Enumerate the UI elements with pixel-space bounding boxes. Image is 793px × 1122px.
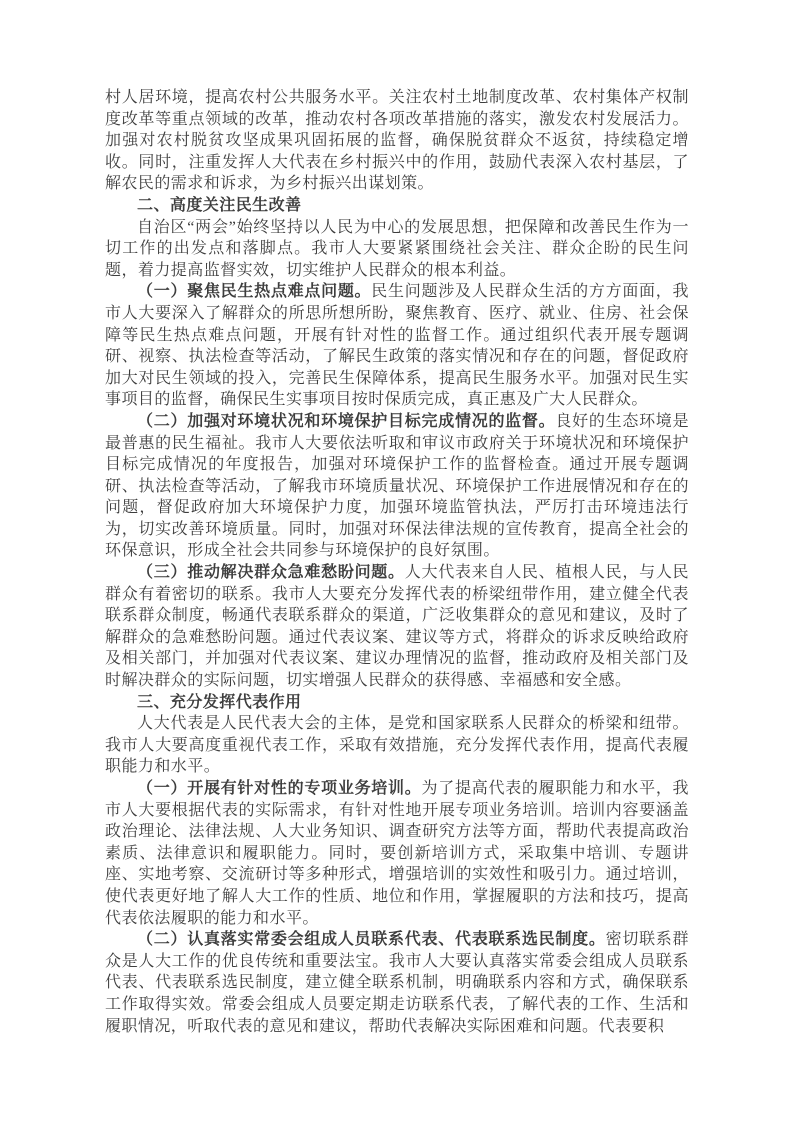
paragraph-livelihood-intro: 自治区“两会”始终坚持以人民为中心的发展思想，把保障和改善民生作为一切工作的出发…	[105, 217, 689, 282]
paragraph-lead: （二）认真落实常委会组成人员联系代表、代表联系选民制度。	[137, 931, 606, 948]
paragraph-environment-supervision: （二）加强对环境状况和环境保护目标完成情况的监督。良好的生态环境是最普惠的民生福…	[105, 411, 689, 562]
paragraph-deputies-intro: 人大代表是人民代表大会的主体，是党和国家联系人民群众的桥梁和纽带。我市人大要高度…	[105, 713, 689, 778]
paragraph-rural-continuation: 村人居环境，提高农村公共服务水平。关注农村土地制度改革、农村集体产权制度改革等重…	[105, 87, 689, 195]
paragraph-urgent-problems: （三）推动解决群众急难愁盼问题。人大代表来自人民、植根人民，与人民群众有着密切的…	[105, 562, 689, 692]
paragraph-livelihood-focus: （一）聚焦民生热点难点问题。民生问题涉及人民群众生活的方方面面，我市人大要深入了…	[105, 281, 689, 411]
paragraph-text: 民生问题涉及人民群众生活的方方面面，我市人大要深入了解群众的所思所想所盼，聚焦教…	[105, 283, 689, 408]
paragraph-lead: （一）聚焦民生热点难点问题。	[137, 283, 371, 300]
paragraph-training: （一）开展有针对性的专项业务培训。为了提高代表的履职能力和水平，我市人大要根据代…	[105, 778, 689, 929]
section-heading-2: 二、高度关注民生改善	[105, 195, 689, 217]
paragraph-text: 村人居环境，提高农村公共服务水平。关注农村土地制度改革、农村集体产权制度改革等重…	[105, 89, 689, 192]
document-page: 村人居环境，提高农村公共服务水平。关注农村土地制度改革、农村集体产权制度改革等重…	[0, 0, 793, 1122]
paragraph-lead: （一）开展有针对性的专项业务培训。	[137, 780, 422, 797]
paragraph-text: 人大代表是人民代表大会的主体，是党和国家联系人民群众的桥梁和纽带。我市人大要高度…	[105, 715, 689, 775]
paragraph-text: 为了提高代表的履职能力和水平，我市人大要根据代表的实际需求，有针对性地开展专项业…	[105, 780, 689, 927]
paragraph-text: 良好的生态环境是最普惠的民生福祉。我市人大要依法听取和审议市政府关于环境状况和环…	[105, 413, 689, 560]
section-heading-3: 三、充分发挥代表作用	[105, 692, 689, 714]
paragraph-text: 人大代表来自人民、植根人民，与人民群众有着密切的联系。我市人大要充分发挥代表的桥…	[105, 564, 689, 689]
paragraph-liaison-system: （二）认真落实常委会组成人员联系代表、代表联系选民制度。密切联系群众是人大工作的…	[105, 929, 689, 1037]
paragraph-text: 自治区“两会”始终坚持以人民为中心的发展思想，把保障和改善民生作为一切工作的出发…	[105, 219, 689, 279]
paragraph-lead: （二）加强对环境状况和环境保护目标完成情况的监督。	[137, 413, 555, 430]
paragraph-lead: （三）推动解决群众急难愁盼问题。	[137, 564, 405, 581]
